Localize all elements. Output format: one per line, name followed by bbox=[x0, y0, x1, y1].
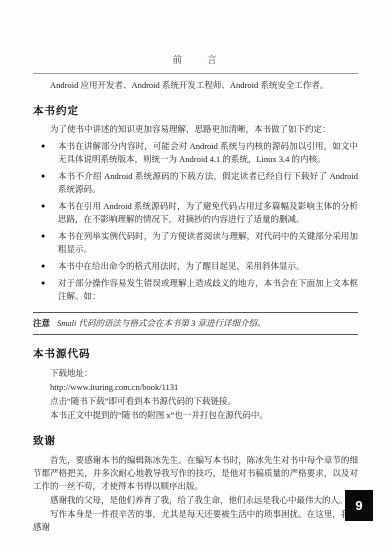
list-item: ● 本书不介绍 Android 系统源码的下载方法，假定读者已经自行下载好了 A… bbox=[33, 170, 358, 196]
intro-paragraph: Android 应用开发者、Android 系统开发工程师、Android 系统… bbox=[33, 79, 358, 92]
source-code-lines: 下载地址： http://www.ituring.com.cn/book/113… bbox=[33, 367, 358, 422]
list-item-text: 本书不介绍 Android 系统源码的下载方法，假定读者已经自行下载好了 And… bbox=[58, 171, 358, 194]
ack-paragraph: 首先，要感谢本书的编辑陈冰先生。在编写本书时，陈冰先生对书中每个章节的细节都严格… bbox=[33, 454, 358, 493]
bullet-icon: ● bbox=[41, 260, 45, 273]
note-label: 注意 bbox=[33, 318, 50, 328]
attachment-note: 本书正文中提到的“随书的附图 x”也一并打包在源代码中。 bbox=[33, 409, 358, 422]
download-instruction: 点击“随书下载”即可看到本书源代码的下载链接。 bbox=[33, 395, 358, 408]
download-url: http://www.ituring.com.cn/book/1131 bbox=[33, 381, 358, 394]
list-item-text: 对于部分操作容易发生错误或理解上造成歧义的地方，本书会在下面加上文本框注解。如： bbox=[58, 278, 358, 301]
ack-paragraph: 写作本身是一件很辛苦的事，尤其是每天还要被生活中的琐事困扰。在这里，我要感谢 bbox=[33, 508, 358, 534]
bullet-icon: ● bbox=[41, 140, 45, 153]
download-address-label: 下载地址： bbox=[33, 367, 358, 380]
running-head-title: 前 言 bbox=[33, 52, 358, 74]
list-item-text: 本书在引用 Android 系统源码时，为了避免代码占用过多篇幅及影响主体的分析… bbox=[58, 201, 358, 224]
section-heading-acknowledgements: 致谢 bbox=[33, 433, 358, 448]
list-item-text: 本书在讲解部分内容时，可能会对 Android 系统与内核的源码加以引用，如文中… bbox=[58, 141, 358, 164]
page-content: 前 言 Android 应用开发者、Android 系统开发工程师、Androi… bbox=[33, 0, 358, 534]
bullet-icon: ● bbox=[41, 170, 45, 183]
note-text: Smali 代码的语法与格式会在本书第 3 章进行详细介绍。 bbox=[57, 318, 266, 328]
bullet-icon: ● bbox=[41, 277, 45, 290]
bullet-icon: ● bbox=[41, 230, 45, 243]
acknowledgements-body: 首先，要感谢本书的编辑陈冰先生。在编写本书时，陈冰先生对书中每个章节的细节都严格… bbox=[33, 454, 358, 534]
list-item: ● 对于部分操作容易发生错误或理解上造成歧义的地方，本书会在下面加上文本框注解。… bbox=[33, 277, 358, 303]
list-item: ● 本书在引用 Android 系统源码时，为了避免代码占用过多篇幅及影响主体的… bbox=[33, 200, 358, 226]
list-item-text: 本书中在给出命令的格式用法时，为了醒目起见，采用斜体显示。 bbox=[58, 261, 305, 271]
note-box: 注意Smali 代码的语法与格式会在本书第 3 章进行详细介绍。 bbox=[33, 312, 358, 335]
list-item: ● 本书中在给出命令的格式用法时，为了醒目起见，采用斜体显示。 bbox=[33, 260, 358, 273]
book-page: 前 言 Android 应用开发者、Android 系统开发工程师、Androi… bbox=[0, 0, 390, 546]
list-item-text: 本书在列举实例代码时，为了方便读者阅读与理解，对代码中的关键部分采用加粗显示。 bbox=[58, 231, 358, 254]
bullet-icon: ● bbox=[41, 200, 45, 213]
section-heading-conventions: 本书约定 bbox=[33, 103, 358, 118]
section-heading-source-code: 本书源代码 bbox=[33, 346, 358, 361]
conventions-list: ● 本书在讲解部分内容时，可能会对 Android 系统与内核的源码加以引用，如… bbox=[33, 140, 358, 303]
ack-paragraph: 感谢我的父母，是他们养育了我，给了我生命，他们永远是我心中最伟大的人。 bbox=[33, 494, 358, 507]
page-number-badge: 9 bbox=[345, 490, 373, 521]
conventions-lead: 为了使书中讲述的知识更加容易理解，思路更加清晰，本书做了如下约定： bbox=[33, 123, 358, 136]
list-item: ● 本书在列举实例代码时，为了方便读者阅读与理解，对代码中的关键部分采用加粗显示… bbox=[33, 230, 358, 256]
list-item: ● 本书在讲解部分内容时，可能会对 Android 系统与内核的源码加以引用，如… bbox=[33, 140, 358, 166]
